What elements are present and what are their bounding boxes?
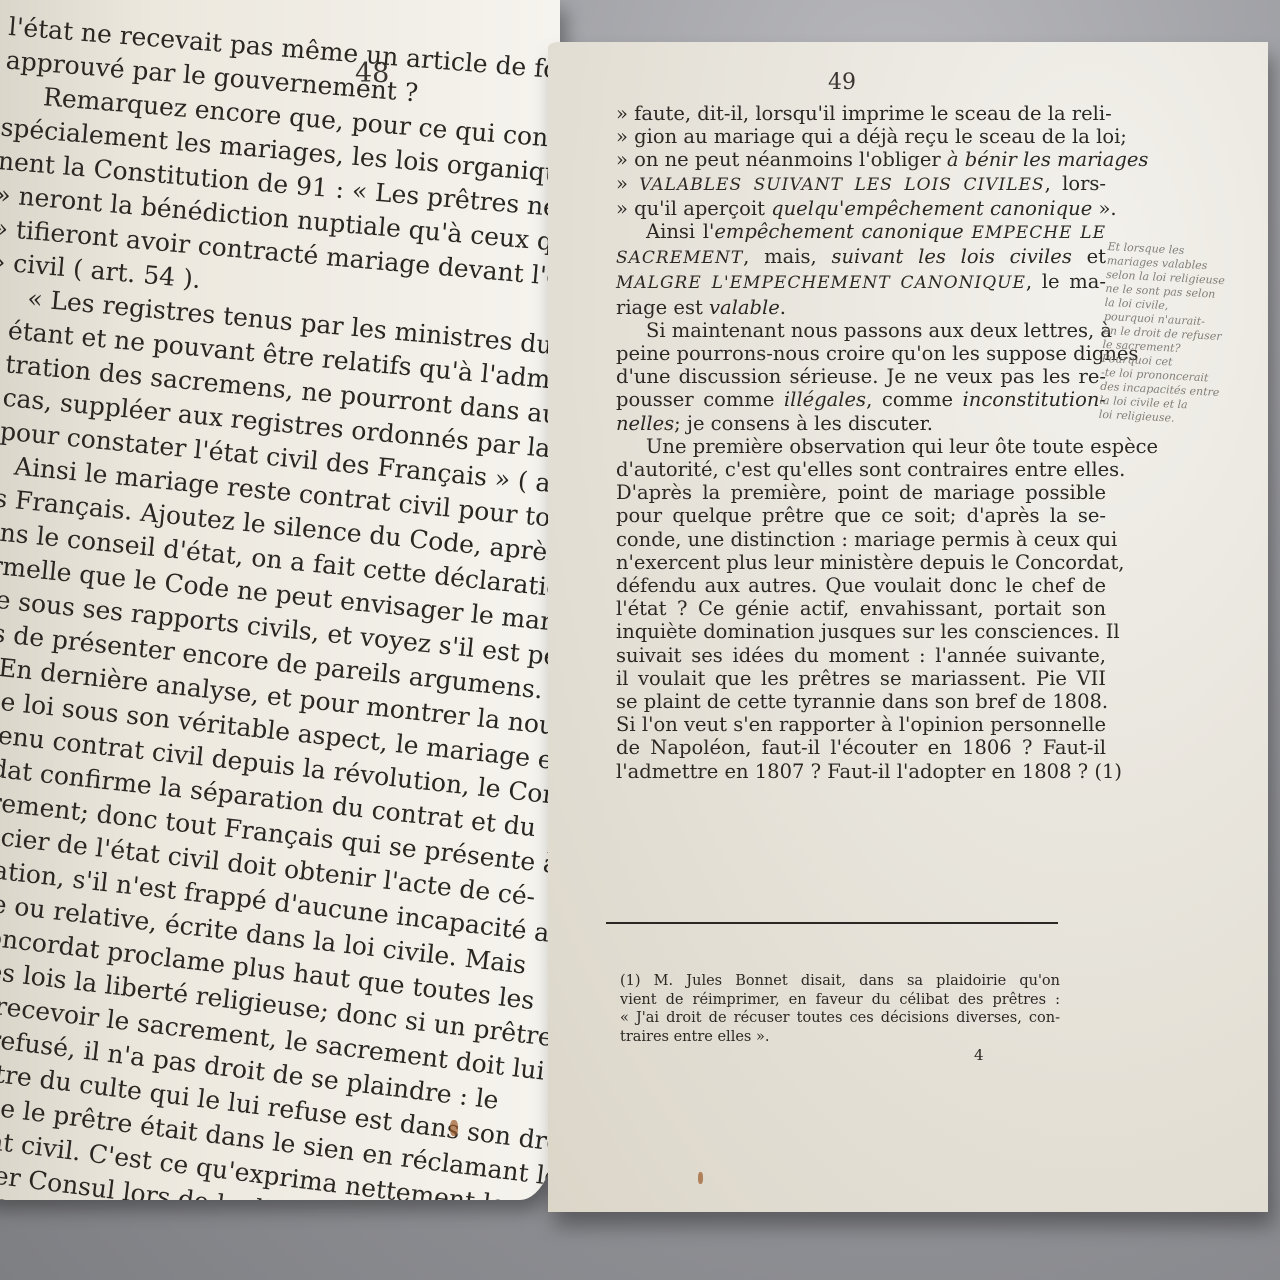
text-line: » gion au mariage qui a déjà reçu le sce… — [616, 125, 1106, 148]
text-line: riage est valable. — [616, 296, 1106, 319]
footnote-rule — [606, 922, 1058, 924]
left-page-text: l'état ne recevait pas même un article d… — [0, 10, 560, 1200]
text-line: nelles; je consens à les discuter. — [616, 412, 1106, 435]
text-line: Ainsi l'empêchement canonique EMPECHE LE — [616, 220, 1106, 245]
footnote-line: vient de réimprimer, en faveur du céliba… — [620, 991, 1060, 1010]
text-line: inquiète domination jusques sur les cons… — [616, 620, 1106, 643]
text-line: suivait ses idées du moment : l'année su… — [616, 644, 1106, 667]
text-line: » on ne peut néanmoins l'obliger à bénir… — [616, 148, 1106, 171]
signature-mark: 4 — [974, 1046, 984, 1064]
handwritten-margin-notes: Et lorsque lesmariages valablesselon la … — [1098, 240, 1227, 428]
paragraph: » faute, dit-il, lorsqu'il imprime le sc… — [616, 102, 1106, 220]
text-line: peine pourrons-nous croire qu'on les sup… — [616, 342, 1106, 365]
right-page-text: » faute, dit-il, lorsqu'il imprime le sc… — [616, 102, 1106, 783]
paragraph: Ainsi l'empêchement canonique EMPECHE LE… — [616, 220, 1106, 319]
paragraph: Une première observation qui leur ôte to… — [616, 435, 1106, 783]
text-line: conde, une distinction : mariage permis … — [616, 528, 1106, 551]
text-line: d'autorité, c'est qu'elles sont contrair… — [616, 458, 1106, 481]
right-page: 49 » faute, dit-il, lorsqu'il imprime le… — [548, 42, 1268, 1212]
left-page: 48 l'état ne recevait pas même un articl… — [0, 0, 560, 1200]
text-line: de Napoléon, faut-il l'écouter en 1806 ?… — [616, 736, 1106, 759]
text-line: pour quelque prêtre que ce soit; d'après… — [616, 504, 1106, 527]
text-line: Si maintenant nous passons aux deux lett… — [616, 319, 1106, 342]
footnote-line: traires entre elles ». — [620, 1028, 1060, 1047]
text-line: » VALABLES SUIVANT LES LOIS CIVILES, lor… — [616, 172, 1106, 197]
rust-stain — [698, 1172, 703, 1184]
rust-stain — [450, 1120, 458, 1136]
text-line: défendu aux autres. Que voulait donc le … — [616, 574, 1106, 597]
text-line: Une première observation qui leur ôte to… — [616, 435, 1106, 458]
footnote: (1) M. Jules Bonnet disait, dans sa plai… — [620, 972, 1060, 1046]
text-line: n'exercent plus leur ministère depuis le… — [616, 551, 1106, 574]
text-line: SACREMENT, mais, suivant les lois civile… — [616, 245, 1106, 270]
text-line: D'après la première, point de mariage po… — [616, 481, 1106, 504]
text-line: pousser comme illégales, comme inconstit… — [616, 388, 1106, 411]
text-line: MALGRE L'EMPECHEMENT CANONIQUE, le ma- — [616, 270, 1106, 295]
footnote-line: (1) M. Jules Bonnet disait, dans sa plai… — [620, 972, 1060, 991]
paragraph: Si maintenant nous passons aux deux lett… — [616, 319, 1106, 435]
text-line: se plaint de cette tyrannie dans son bre… — [616, 690, 1106, 713]
text-line: l'admettre en 1807 ? Faut-il l'adopter e… — [616, 760, 1106, 783]
text-line: Si l'on veut s'en rapporter à l'opinion … — [616, 713, 1106, 736]
right-page-number: 49 — [828, 70, 856, 95]
text-line: » qu'il aperçoit quelqu'empêchement cano… — [616, 197, 1106, 220]
text-line: d'une discussion sérieuse. Je ne veux pa… — [616, 365, 1106, 388]
footnote-line: « J'ai droit de récuser toutes ces décis… — [620, 1009, 1060, 1028]
text-line: l'état ? Ce génie actif, envahissant, po… — [616, 597, 1106, 620]
text-line: il voulait que les prêtres se mariassent… — [616, 667, 1106, 690]
text-line: » faute, dit-il, lorsqu'il imprime le sc… — [616, 102, 1106, 125]
